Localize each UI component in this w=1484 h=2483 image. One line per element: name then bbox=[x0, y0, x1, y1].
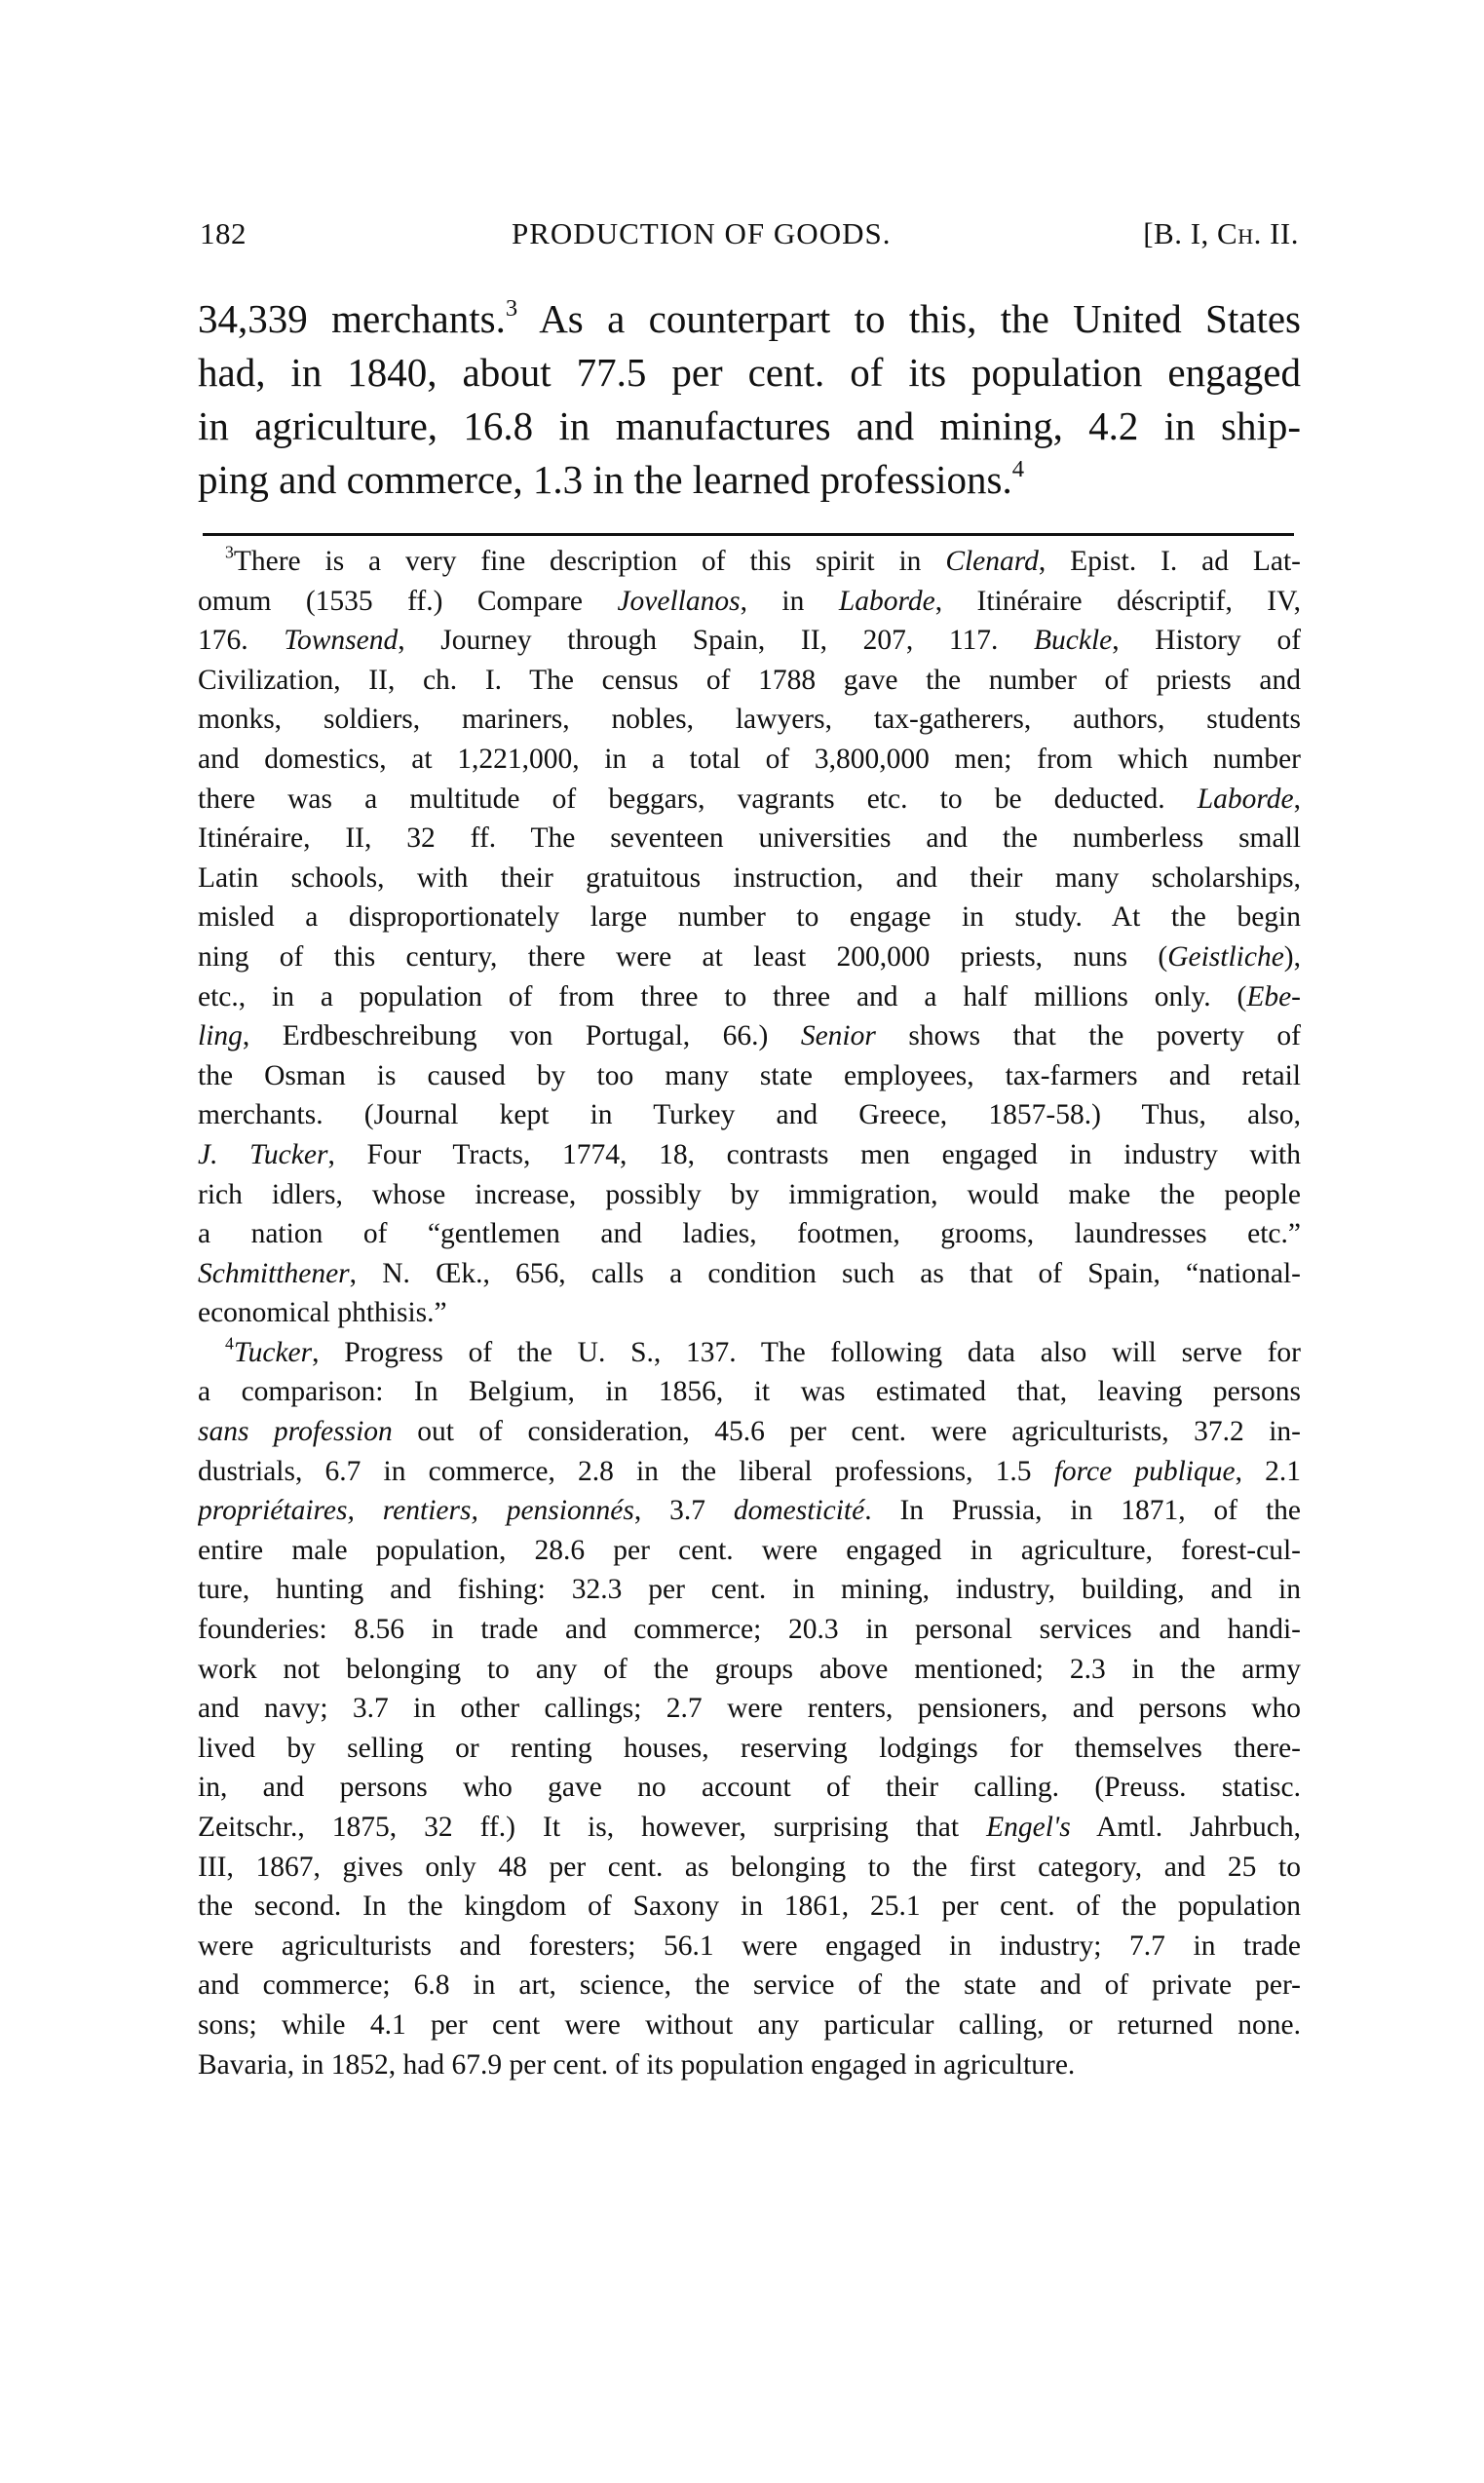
footnote-text: rich idlers, whose increase, possibly by… bbox=[198, 1179, 1301, 1210]
footnote-text: omum (1535 ff.) Compare bbox=[198, 586, 617, 617]
footnote-text: work not belonging to any of the groups … bbox=[198, 1654, 1301, 1685]
footnote-line: monks, soldiers, mariners, nobles, lawye… bbox=[198, 700, 1301, 740]
footnote-line: omum (1535 ff.) Compare Jovellanos, in L… bbox=[198, 582, 1301, 622]
footnote-line: work not belonging to any of the groups … bbox=[198, 1650, 1301, 1690]
footnote-text: Latin schools, with their gratuitous ins… bbox=[198, 862, 1301, 894]
footnote-ref-3[interactable]: 3 bbox=[506, 295, 517, 322]
italic-citation: Schmitthener bbox=[198, 1258, 350, 1289]
footnote-line: 3There is a very fine description of thi… bbox=[198, 542, 1301, 582]
footnote-text: merchants. (Journal kept in Turkey and G… bbox=[198, 1099, 1301, 1130]
running-head: 182 PRODUCTION OF GOODS. [B. I, Ch. II. bbox=[200, 216, 1299, 255]
footnote-line: sans profession out of consideration, 45… bbox=[198, 1412, 1301, 1452]
italic-citation: Townsend bbox=[284, 625, 398, 656]
footnote-line: Schmitthener, N. Œk., 656, calls a condi… bbox=[198, 1254, 1301, 1294]
footnote-text: the second. In the kingdom of Saxony in … bbox=[198, 1891, 1301, 1922]
footnote-text: Itinéraire, II, 32 ff. The seventeen uni… bbox=[198, 822, 1301, 854]
footnote-line: economical phthisis.” bbox=[198, 1293, 1301, 1333]
italic-citation: Laborde bbox=[1198, 783, 1294, 815]
footnote-line: III, 1867, gives only 48 per cent. as be… bbox=[198, 1848, 1301, 1888]
footnote-line: Civilization, II, ch. I. The census of 1… bbox=[198, 661, 1301, 701]
italic-citation: Laborde bbox=[839, 586, 935, 617]
footnote-text: , in bbox=[741, 586, 839, 617]
footnote-text: a comparison: In Belgium, in 1856, it wa… bbox=[198, 1376, 1301, 1407]
page-number: 182 bbox=[200, 216, 247, 251]
running-title: PRODUCTION OF GOODS. bbox=[512, 216, 891, 251]
footnote-text: a nation of “gentlemen and ladies, footm… bbox=[198, 1218, 1301, 1249]
footnote-line: propriétaires, rentiers, pensionnés, 3.7… bbox=[198, 1491, 1301, 1531]
footnote-text: dustrials, 6.7 in commerce, 2.8 in the l… bbox=[198, 1456, 1054, 1487]
footnote-text: There is a very fine description of this… bbox=[234, 546, 945, 577]
footnote-text: sons; while 4.1 per cent were without an… bbox=[198, 2009, 1301, 2041]
footnote-text: , History of bbox=[1112, 625, 1301, 656]
footnote-text: , Journey through Spain, II, 207, 117. bbox=[398, 625, 1034, 656]
footnote-text: , 2.1 bbox=[1236, 1456, 1301, 1487]
footnote-text: monks, soldiers, mariners, nobles, lawye… bbox=[198, 704, 1301, 735]
main-line: 34,339 merchants.3 As a counterpart to t… bbox=[198, 292, 1301, 346]
footnote-ref-4[interactable]: 4 bbox=[1012, 456, 1024, 482]
footnote-text: economical phthisis.” bbox=[198, 1297, 447, 1328]
footnote-text: founderies: 8.56 in trade and commerce; … bbox=[198, 1614, 1301, 1645]
footnote-line: J. Tucker, Four Tracts, 1774, 18, contra… bbox=[198, 1135, 1301, 1175]
footnote-line: Zeitschr., 1875, 32 ff.) It is, however,… bbox=[198, 1808, 1301, 1848]
italic-citation: ling bbox=[198, 1020, 243, 1051]
footnote-3: 3There is a very fine description of thi… bbox=[198, 542, 1301, 1333]
footnote-line: founderies: 8.56 in trade and commerce; … bbox=[198, 1610, 1301, 1650]
footnote-text: were agriculturists and foresters; 56.1 … bbox=[198, 1930, 1301, 1962]
footnote-text: . In Prussia, in 1871, of the bbox=[864, 1495, 1301, 1526]
footnote-line: a nation of “gentlemen and ladies, footm… bbox=[198, 1214, 1301, 1254]
footnote-line: lived by selling or renting houses, rese… bbox=[198, 1729, 1301, 1769]
footnote-line: sons; while 4.1 per cent were without an… bbox=[198, 2005, 1301, 2045]
footnote-line: and navy; 3.7 in other callings; 2.7 wer… bbox=[198, 1689, 1301, 1729]
footnote-text: out of consideration, 45.6 per cent. wer… bbox=[393, 1416, 1301, 1447]
footnotes: 3There is a very fine description of thi… bbox=[198, 542, 1301, 2084]
footnote-text: misled a disproportionately large number… bbox=[198, 901, 1301, 933]
footnote-text: , N. Œk., 656, calls a condition such as… bbox=[350, 1258, 1301, 1289]
footnote-line: 4Tucker, Progress of the U. S., 137. The… bbox=[198, 1333, 1301, 1373]
footnote-text: , bbox=[1294, 783, 1301, 815]
footnote-line: Bavaria, in 1852, had 67.9 per cent. of … bbox=[198, 2045, 1301, 2085]
main-line: had, in 1840, about 77.5 per cent. of it… bbox=[198, 346, 1301, 400]
footnote-text: and domestics, at 1,221,000, in a total … bbox=[198, 744, 1301, 775]
italic-citation: propriétaires, rentiers, pensionnés bbox=[198, 1495, 634, 1526]
main-line: in agriculture, 16.8 in manufactures and… bbox=[198, 400, 1301, 453]
footnote-line: rich idlers, whose increase, possibly by… bbox=[198, 1175, 1301, 1215]
footnote-line: merchants. (Journal kept in Turkey and G… bbox=[198, 1095, 1301, 1135]
italic-citation: Tucker bbox=[234, 1337, 312, 1368]
footnote-text: Zeitschr., 1875, 32 ff.) It is, however,… bbox=[198, 1812, 986, 1843]
footnote-text: , 3.7 bbox=[634, 1495, 734, 1526]
footnote-text: 176. bbox=[198, 625, 284, 656]
italic-citation: Jovellanos bbox=[617, 586, 740, 617]
italic-citation: J. Tucker bbox=[198, 1139, 327, 1170]
footnote-text: there was a multitude of beggars, vagran… bbox=[198, 783, 1198, 815]
footnote-line: in, and persons who gave no account of t… bbox=[198, 1768, 1301, 1808]
italic-citation: Senior bbox=[801, 1020, 876, 1051]
footnote-4: 4Tucker, Progress of the U. S., 137. The… bbox=[198, 1333, 1301, 2084]
footnote-line: and commerce; 6.8 in art, science, the s… bbox=[198, 1966, 1301, 2005]
footnote-text: ning of this century, there were at leas… bbox=[198, 941, 1167, 973]
footnote-text: and navy; 3.7 in other callings; 2.7 wer… bbox=[198, 1693, 1301, 1724]
footnote-text: Amtl. Jahrbuch, bbox=[1071, 1812, 1301, 1843]
footnote-line: the second. In the kingdom of Saxony in … bbox=[198, 1887, 1301, 1927]
footnote-line: ling, Erdbeschreibung von Portugal, 66.)… bbox=[198, 1016, 1301, 1056]
italic-citation: Geistliche bbox=[1167, 941, 1284, 973]
footnote-text: , Itinéraire déscriptif, IV, bbox=[935, 586, 1301, 617]
footnote-line: and domestics, at 1,221,000, in a total … bbox=[198, 740, 1301, 780]
footnote-text: III, 1867, gives only 48 per cent. as be… bbox=[198, 1852, 1301, 1883]
footnote-text: , Erdbeschreibung von Portugal, 66.) bbox=[243, 1020, 801, 1051]
footnote-text: shows that the poverty of bbox=[876, 1020, 1301, 1051]
footnote-line: entire male population, 28.6 per cent. w… bbox=[198, 1531, 1301, 1571]
footnote-line: etc., in a population of from three to t… bbox=[198, 977, 1301, 1017]
footnote-line: the Osman is caused by too many state em… bbox=[198, 1056, 1301, 1096]
footnote-text: the Osman is caused by too many state em… bbox=[198, 1060, 1301, 1091]
main-paragraph: 34,339 merchants.3 As a counterpart to t… bbox=[198, 292, 1301, 507]
footnote-line: a comparison: In Belgium, in 1856, it wa… bbox=[198, 1372, 1301, 1412]
footnote-marker: 3 bbox=[225, 543, 234, 562]
italic-citation: Clenard bbox=[945, 546, 1039, 577]
main-line: ping and commerce, 1.3 in the learned pr… bbox=[198, 453, 1301, 507]
footnote-text: lived by selling or renting houses, rese… bbox=[198, 1733, 1301, 1764]
footnote-divider bbox=[203, 533, 1294, 536]
footnote-text: etc., in a population of from three to t… bbox=[198, 981, 1246, 1012]
footnote-text: in, and persons who gave no account of t… bbox=[198, 1772, 1301, 1803]
footnote-text: and commerce; 6.8 in art, science, the s… bbox=[198, 1969, 1301, 2001]
footnote-text: Civilization, II, ch. I. The census of 1… bbox=[198, 665, 1301, 696]
footnote-text: entire male population, 28.6 per cent. w… bbox=[198, 1535, 1301, 1566]
footnote-marker: 4 bbox=[225, 1334, 234, 1354]
footnote-line: 176. Townsend, Journey through Spain, II… bbox=[198, 621, 1301, 661]
italic-citation: force publique bbox=[1054, 1456, 1236, 1487]
footnote-line: Itinéraire, II, 32 ff. The seventeen uni… bbox=[198, 819, 1301, 859]
footnote-line: there was a multitude of beggars, vagran… bbox=[198, 780, 1301, 820]
italic-citation: sans profession bbox=[198, 1416, 393, 1447]
footnote-line: Latin schools, with their gratuitous ins… bbox=[198, 859, 1301, 898]
footnote-text: , Four Tracts, 1774, 18, contrasts men e… bbox=[327, 1139, 1301, 1170]
italic-citation: Buckle bbox=[1034, 625, 1112, 656]
footnote-text: , Progress of the U. S., 137. The follow… bbox=[312, 1337, 1301, 1368]
footnote-line: dustrials, 6.7 in commerce, 2.8 in the l… bbox=[198, 1452, 1301, 1492]
footnote-line: misled a disproportionately large number… bbox=[198, 898, 1301, 937]
italic-citation: Engel's bbox=[986, 1812, 1071, 1843]
footnote-text: ture, hunting and fishing: 32.3 per cent… bbox=[198, 1574, 1301, 1605]
book-page: 182 PRODUCTION OF GOODS. [B. I, Ch. II. … bbox=[0, 0, 1484, 2483]
section-reference: [B. I, Ch. II. bbox=[1143, 216, 1299, 251]
footnote-line: were agriculturists and foresters; 56.1 … bbox=[198, 1927, 1301, 1967]
italic-citation: domesticité bbox=[734, 1495, 864, 1526]
footnote-text: Bavaria, in 1852, had 67.9 per cent. of … bbox=[198, 2049, 1075, 2081]
italic-citation: Ebe- bbox=[1246, 981, 1301, 1012]
footnote-line: ning of this century, there were at leas… bbox=[198, 937, 1301, 977]
footnote-text: ), bbox=[1284, 941, 1301, 973]
footnote-text: , Epist. I. ad Lat- bbox=[1039, 546, 1301, 577]
footnote-line: ture, hunting and fishing: 32.3 per cent… bbox=[198, 1570, 1301, 1610]
